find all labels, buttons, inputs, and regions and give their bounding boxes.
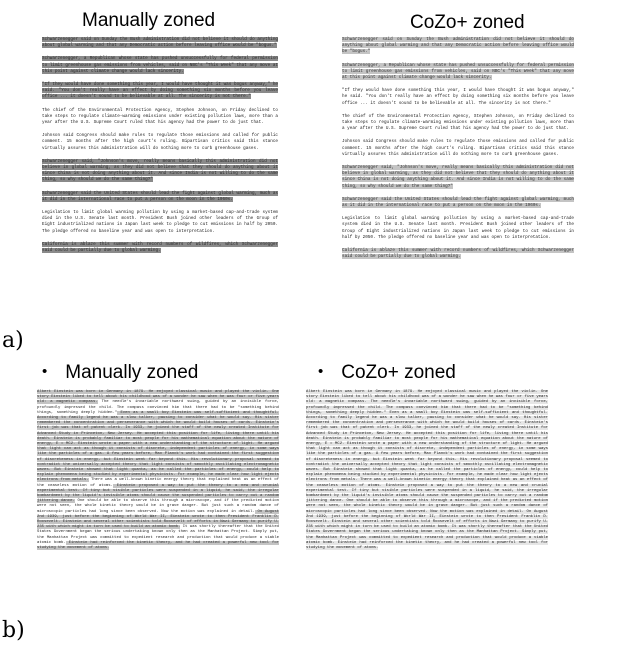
paragraph: California is ablaze this summer with re… bbox=[42, 242, 278, 254]
zoned-paragraph-text: Schwarzenegger said the United States sh… bbox=[342, 197, 574, 208]
paragraph-text: Johnson said Congress should make rules … bbox=[42, 133, 278, 150]
zoned-segment: Einstein had reinforced the kinetic theo… bbox=[37, 541, 279, 550]
paragraph-text: The chief of the Environmental Protectio… bbox=[342, 114, 574, 131]
panel-b-label: b) bbox=[2, 618, 25, 643]
paragraph: California is ablaze this summer with re… bbox=[342, 248, 574, 260]
panel-b-left-title: Manually zoned bbox=[42, 362, 198, 384]
zoned-segment: Einstein had reinforced the kinetic theo… bbox=[306, 541, 548, 550]
paragraph: Schwarzenegger, a Republican whose state… bbox=[342, 63, 574, 82]
zoned-paragraph-text: Schwarzenegger said on Sunday the Bush a… bbox=[42, 37, 278, 48]
paragraph: Schwarzenegger said the United States sh… bbox=[42, 191, 278, 203]
paragraph-text: "If they would have done something this … bbox=[342, 88, 574, 105]
paragraph: Schwarzenegger, a Republican whose state… bbox=[42, 56, 278, 75]
paragraph: The chief of the Environmental Protectio… bbox=[42, 108, 278, 127]
panel-b-cozo-document: Albert Einstein was born in Germany in 1… bbox=[306, 390, 548, 558]
zoned-paragraph-text: "If they would have done something this … bbox=[42, 82, 278, 99]
panel-b-manual-document: Albert Einstein was born in Germany in 1… bbox=[37, 390, 279, 558]
paragraph: Johnson said Congress should make rules … bbox=[42, 133, 278, 152]
zoned-paragraph-text: Schwarzenegger, a Republican whose state… bbox=[342, 63, 574, 80]
panel-a-cozo-document: Schwarzenegger said on Sunday the Bush a… bbox=[342, 37, 574, 267]
paragraph: Johnson said Congress should make rules … bbox=[342, 139, 574, 158]
zoned-paragraph-text: Schwarzenegger said, "Johnson's move, re… bbox=[42, 159, 278, 183]
panel-a-label: a) bbox=[2, 328, 24, 353]
paragraph: Schwarzenegger said on Sunday the Bush a… bbox=[42, 37, 278, 49]
zoned-paragraph-text: California is ablaze this summer with re… bbox=[342, 248, 574, 259]
paragraph: Schwarzenegger said on Sunday the Bush a… bbox=[342, 37, 574, 56]
paragraph-text: Legislation to limit global warming poll… bbox=[342, 216, 574, 240]
panel-b-right-title: CoZo+ zoned bbox=[318, 362, 456, 384]
paragraph-text: Legislation to limit global warming poll… bbox=[42, 210, 278, 234]
zoned-paragraph-text: Schwarzenegger said, "Johnson's move, re… bbox=[342, 165, 574, 189]
zoned-segment: Even as a small boy Einstein was self-su… bbox=[37, 411, 279, 483]
panel-a-left-title: Manually zoned bbox=[82, 10, 215, 32]
zoned-paragraph-text: Schwarzenegger, a Republican whose state… bbox=[42, 56, 278, 73]
zoned-paragraph-text: California is ablaze this summer with re… bbox=[42, 242, 278, 253]
paragraph-text: Johnson said Congress should make rules … bbox=[342, 139, 574, 156]
paragraph: The chief of the Environmental Protectio… bbox=[342, 114, 574, 133]
paragraph: Albert Einstein was born in Germany in 1… bbox=[306, 390, 548, 551]
panel-a-manual-document: Schwarzenegger said on Sunday the Bush a… bbox=[42, 37, 278, 261]
paragraph: Legislation to limit global warming poll… bbox=[42, 210, 278, 235]
paragraph: "If they would have done something this … bbox=[342, 88, 574, 107]
panel-a-right-title: CoZo+ zoned bbox=[410, 12, 525, 34]
zoned-paragraph-text: Schwarzenegger said the United States sh… bbox=[42, 191, 278, 202]
paragraph: Albert Einstein was born in Germany in 1… bbox=[37, 390, 279, 551]
paragraph: "If they would have done something this … bbox=[42, 82, 278, 101]
zoned-segment: Even as a small boy Einstein was self-su… bbox=[306, 411, 548, 483]
paragraph: Schwarzenegger said, "Johnson's move, re… bbox=[342, 165, 574, 190]
paragraph: Legislation to limit global warming poll… bbox=[342, 216, 574, 241]
paragraph: Schwarzenegger said the United States sh… bbox=[342, 197, 574, 209]
zoned-paragraph-text: Schwarzenegger said on Sunday the Bush a… bbox=[342, 37, 574, 54]
paragraph-text: The chief of the Environmental Protectio… bbox=[42, 108, 278, 125]
paragraph: Schwarzenegger said, "Johnson's move, re… bbox=[42, 159, 278, 184]
